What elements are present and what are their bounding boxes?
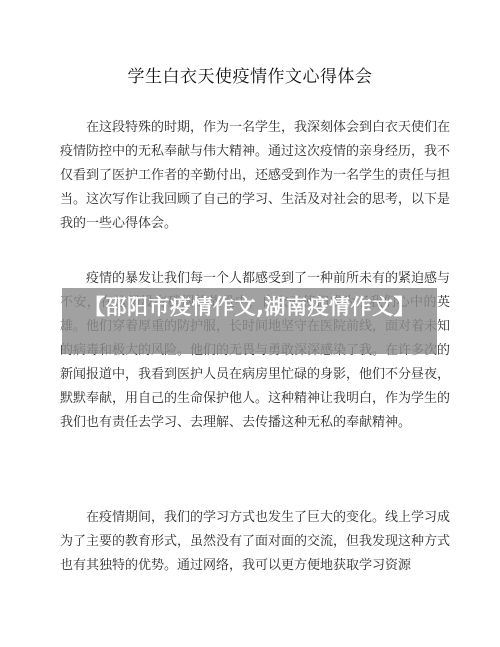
document-page: 学生白衣天使疫情作文心得体会 在这段特殊的时期，作为一名学生，我深刻体会到白衣天… — [0, 0, 500, 647]
overlay-banner-text: 【邵阳市疫情作文,湖南疫情作文】 — [62, 288, 437, 322]
paragraph-intro: 在这段特殊的时期，作为一名学生，我深刻体会到白衣天使们在疫情防控中的无私奉献与伟… — [60, 116, 450, 236]
paragraph-online-learning: 在疫情期间，我们的学习方式也发生了巨大的变化。线上学习成为了主要的教育形式，虽然… — [60, 506, 450, 578]
document-title: 学生白衣天使疫情作文心得体会 — [0, 62, 500, 87]
